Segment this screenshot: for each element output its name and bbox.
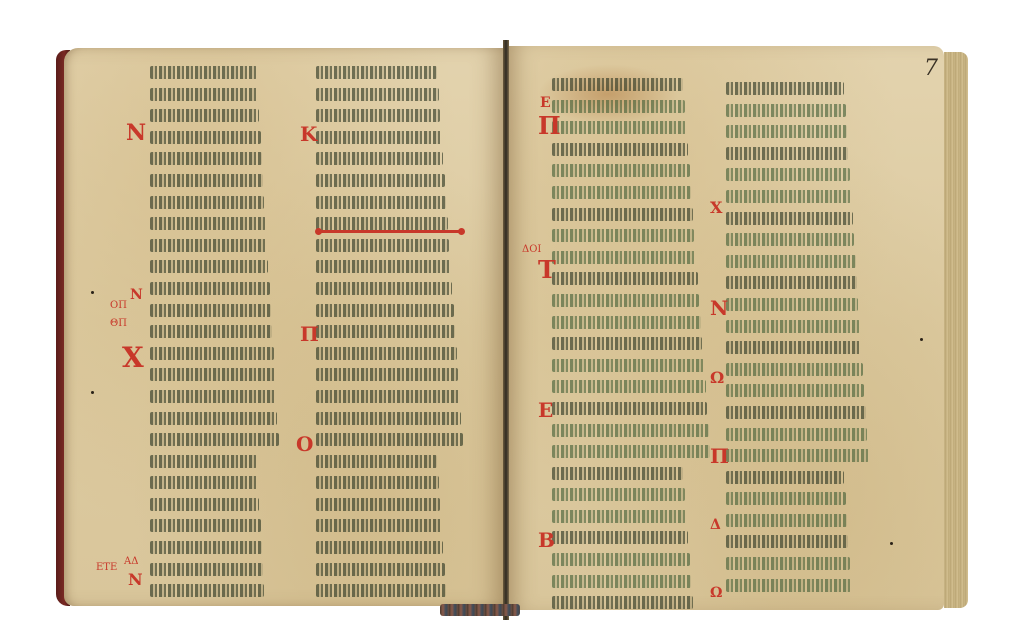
text-line xyxy=(726,514,847,527)
text-line xyxy=(316,152,443,165)
text-line xyxy=(726,557,850,570)
left-page-column-2 xyxy=(316,66,464,606)
text-line xyxy=(552,445,710,458)
text-line xyxy=(316,519,442,532)
text-line xyxy=(726,255,856,268)
text-line xyxy=(150,282,270,295)
folio-number: 7 xyxy=(924,56,938,81)
text-line xyxy=(316,476,439,489)
text-line xyxy=(316,563,445,576)
text-line xyxy=(726,233,854,246)
text-line xyxy=(150,368,275,381)
text-line xyxy=(726,82,844,95)
text-line xyxy=(316,109,440,122)
text-line xyxy=(150,476,258,489)
text-line xyxy=(726,190,851,203)
rubric-initial: Ν xyxy=(130,288,143,302)
text-line xyxy=(552,488,685,501)
text-line xyxy=(552,359,704,372)
text-line xyxy=(726,104,846,117)
rubric-initial: Ε xyxy=(540,96,551,110)
text-line xyxy=(316,347,457,360)
marginal-note: ΟΠ xyxy=(110,300,127,311)
text-line xyxy=(150,563,263,576)
text-line xyxy=(150,325,272,338)
decorative-rule xyxy=(318,230,462,233)
text-line xyxy=(316,498,440,511)
text-line xyxy=(726,125,847,138)
text-line xyxy=(552,272,698,285)
text-line xyxy=(552,531,688,544)
marginal-note: ΕΤΕ xyxy=(96,562,117,573)
text-line xyxy=(552,424,709,437)
ink-dot xyxy=(91,291,94,294)
right-page: Ε Π Τ Ε Β Ν Χ Ν Ω Π Δ Ω ΔΟΙ xyxy=(508,46,944,610)
text-line xyxy=(150,217,266,230)
text-line xyxy=(316,455,437,468)
text-line xyxy=(316,217,448,230)
text-line xyxy=(150,131,261,144)
text-line xyxy=(150,66,257,79)
rubric-initial: Τ xyxy=(538,258,556,282)
text-line xyxy=(552,380,706,393)
text-line xyxy=(726,384,864,397)
text-line xyxy=(552,316,701,329)
text-line xyxy=(150,519,261,532)
text-line xyxy=(316,325,455,338)
text-line xyxy=(552,337,702,350)
text-line xyxy=(552,596,693,609)
rubric-initial: Χ xyxy=(122,344,144,372)
text-line xyxy=(552,229,694,242)
rubric-initial: Ω xyxy=(710,586,722,600)
rubric-initial: Ν xyxy=(128,572,143,588)
text-line xyxy=(726,471,844,484)
text-line xyxy=(316,412,461,425)
text-line xyxy=(316,66,437,79)
rubric-initial: Ο xyxy=(296,434,313,454)
text-line xyxy=(316,88,439,101)
rubric-initial: Β xyxy=(538,530,555,550)
headband xyxy=(440,604,520,616)
text-line xyxy=(552,164,690,177)
rubric-initial: Ν xyxy=(710,298,728,318)
marginal-note: ΑΔ xyxy=(124,556,138,567)
text-line xyxy=(316,304,454,317)
text-line xyxy=(552,78,683,91)
text-line xyxy=(726,341,861,354)
text-line xyxy=(150,196,264,209)
text-line xyxy=(316,368,458,381)
text-line xyxy=(726,363,863,376)
open-manuscript: Ν Ν Χ Ν Κ Π Ο ΟΠ ΘΠ ΑΔ ΕΤΕ Ε Π Τ Ε Β Ν Χ… xyxy=(0,0,1024,643)
text-line xyxy=(150,498,259,511)
text-line xyxy=(316,282,452,295)
left-page: Ν Ν Χ Ν Κ Π Ο ΟΠ ΘΠ ΑΔ ΕΤΕ xyxy=(64,48,504,606)
text-line xyxy=(726,492,846,505)
text-line xyxy=(726,298,858,311)
text-line xyxy=(316,260,451,273)
text-line xyxy=(316,174,445,187)
text-line xyxy=(316,131,442,144)
ink-dot xyxy=(920,338,923,341)
text-line xyxy=(316,433,463,446)
text-line xyxy=(726,428,867,441)
text-line xyxy=(552,402,707,415)
text-line xyxy=(552,294,699,307)
text-line xyxy=(150,174,263,187)
ink-dot xyxy=(91,391,94,394)
text-line xyxy=(726,168,850,181)
right-page-column-2 xyxy=(726,82,870,600)
rubric-initial: Π xyxy=(538,114,561,138)
text-line xyxy=(552,121,686,134)
book-gutter xyxy=(503,40,509,620)
text-line xyxy=(316,239,449,252)
marginal-note: ΘΠ xyxy=(110,318,127,329)
text-line xyxy=(726,535,848,548)
text-line xyxy=(552,186,691,199)
rubric-initial: Π xyxy=(300,324,319,344)
text-line xyxy=(316,196,446,209)
text-line xyxy=(150,412,277,425)
text-line xyxy=(552,251,696,264)
rubric-initial: Δ xyxy=(710,518,721,532)
text-line xyxy=(552,208,693,221)
text-line xyxy=(552,510,686,523)
rubric-initial: Ω xyxy=(710,370,724,386)
text-line xyxy=(552,575,691,588)
rubric-initial: Ν xyxy=(126,122,146,144)
text-line xyxy=(150,239,267,252)
rubric-initial: Π xyxy=(710,446,729,466)
rubric-initial: Κ xyxy=(300,124,317,144)
text-line xyxy=(150,455,257,468)
right-page-column-1 xyxy=(552,78,712,610)
text-line xyxy=(316,541,443,554)
text-line xyxy=(316,390,460,403)
text-line xyxy=(552,467,683,480)
text-line xyxy=(150,390,276,403)
text-line xyxy=(552,100,685,113)
text-line xyxy=(726,579,851,592)
text-line xyxy=(150,541,262,554)
text-line xyxy=(552,553,690,566)
text-line xyxy=(150,584,264,597)
rubric-initial: Χ xyxy=(710,200,722,216)
text-line xyxy=(150,260,268,273)
marginal-note: ΔΟΙ xyxy=(522,244,541,255)
ink-dot xyxy=(890,542,893,545)
text-line xyxy=(150,433,279,446)
text-line xyxy=(726,320,860,333)
text-line xyxy=(150,109,259,122)
text-line xyxy=(316,584,446,597)
text-line xyxy=(726,212,853,225)
rubric-initial: Ε xyxy=(538,400,553,420)
text-line xyxy=(150,304,271,317)
text-line xyxy=(726,276,857,289)
text-line xyxy=(726,147,848,160)
text-line xyxy=(150,88,258,101)
text-line xyxy=(150,152,262,165)
left-page-column-1 xyxy=(150,66,280,606)
text-line xyxy=(150,347,274,360)
text-line xyxy=(726,449,869,462)
text-line xyxy=(552,143,688,156)
text-line xyxy=(726,406,866,419)
page-fore-edge xyxy=(944,52,968,608)
